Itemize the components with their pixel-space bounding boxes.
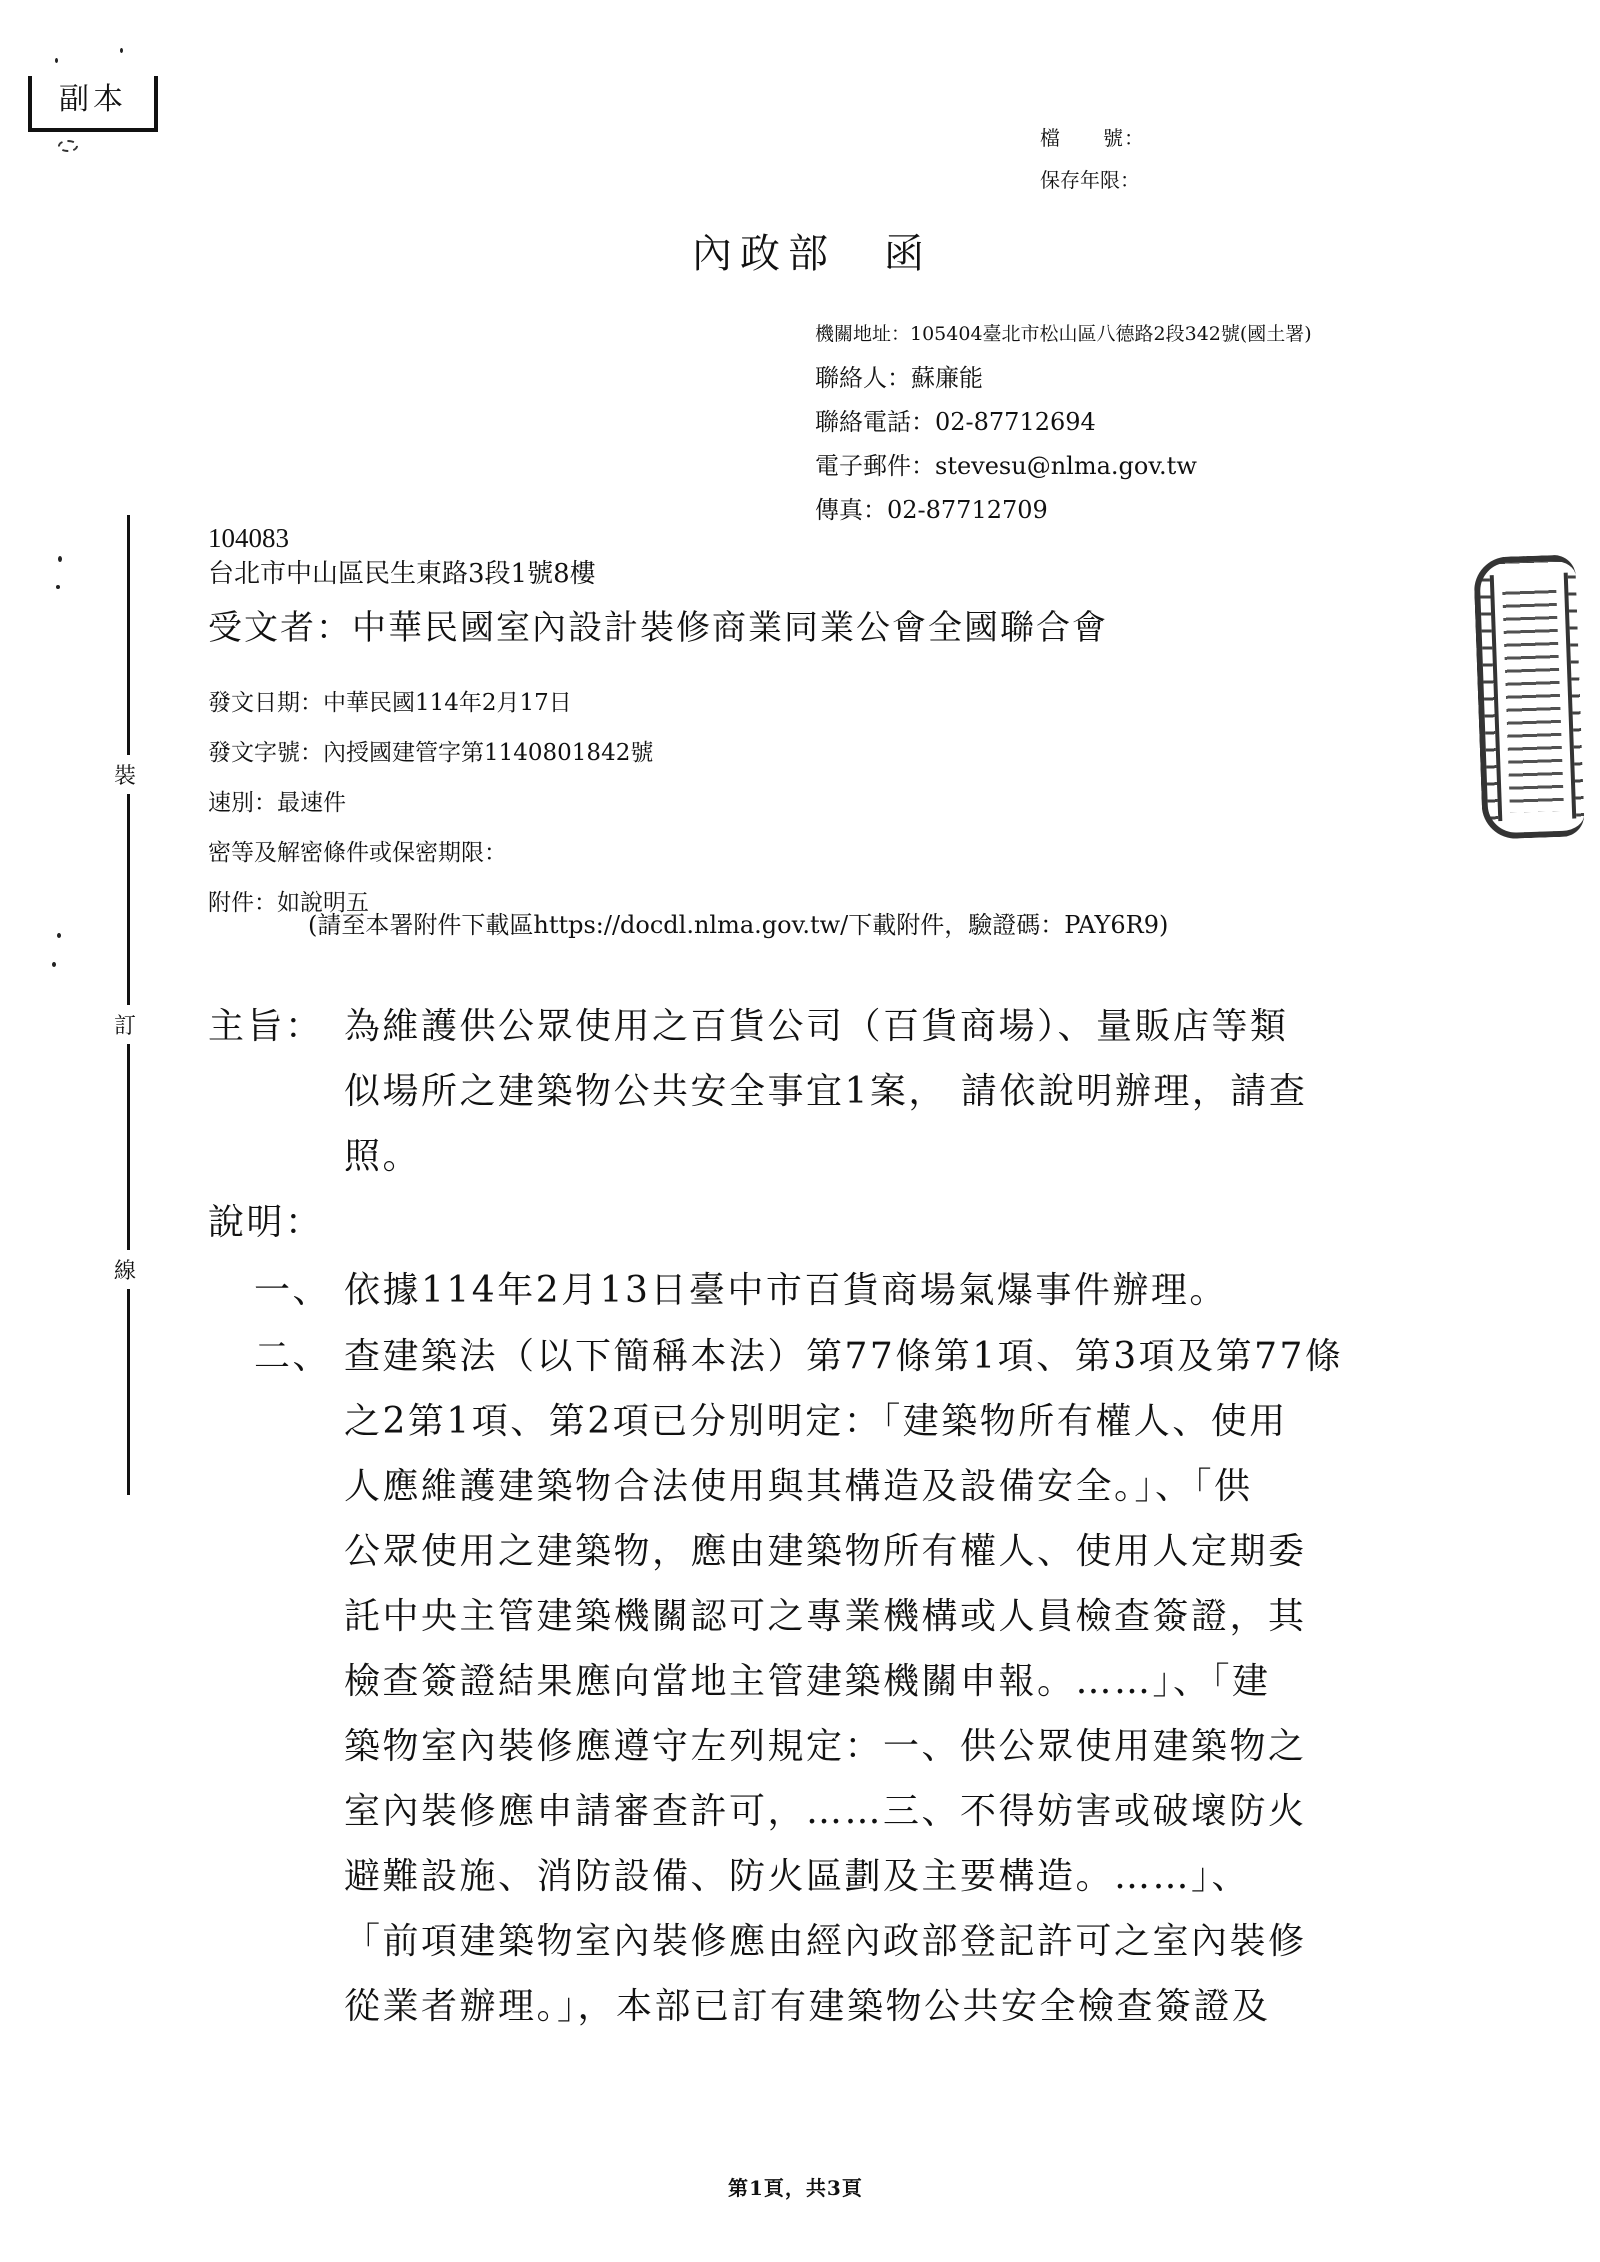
binding-mark: 裝 (114, 755, 136, 794)
urgency: 速別：最速件 (208, 778, 653, 828)
recipient-address: 台北市中山區民生東路3段1號8樓 (208, 556, 596, 592)
scan-speck (58, 140, 78, 152)
explanation-label: 說明： (208, 1194, 324, 1245)
file-number-label: 檔 號： (1040, 122, 1145, 151)
subject-line: 照。 (344, 1128, 421, 1179)
explanation-item-number: 一、 (254, 1262, 331, 1313)
explanation-item-number: 二、 (254, 1328, 331, 1379)
contact-fax: 傳真：02-87712709 (815, 488, 1312, 532)
scan-speck (58, 556, 62, 562)
recipient-zip: 104083 (208, 520, 596, 556)
binding-mark: 訂 (114, 1005, 136, 1044)
scan-speck (55, 58, 58, 63)
document-title: 內政部 函 (692, 222, 932, 279)
subject-label: 主旨： (208, 998, 324, 1049)
agency-contact-block: 機關地址：105404臺北市松山區八德路2段342號(國土署) 聯絡人：蘇廉能 … (815, 312, 1312, 532)
document-number: 發文字號：內授國建管字第1140801842號 (208, 728, 653, 778)
attachment-download-note: (請至本署附件下載區https://docdl.nlma.gov.tw/下載附件… (308, 905, 1168, 940)
explanation-item-line: 查建築法（以下簡稱本法）第77條第1項、第3項及第77條 (344, 1328, 1343, 1379)
explanation-item-line: 室內裝修應申請審查許可，……三、不得妨害或破壞防火 (344, 1783, 1307, 1834)
recipient-address-block: 104083 台北市中山區民生東路3段1號8樓 (208, 520, 596, 592)
seal-inner (1490, 573, 1577, 822)
issue-date: 發文日期：中華民國114年2月17日 (208, 678, 653, 728)
secrecy-level: 密等及解密條件或保密期限： (208, 828, 653, 878)
document-meta-block: 發文日期：中華民國114年2月17日 發文字號：內授國建管字第114080184… (208, 678, 653, 928)
recipient-name: 受文者：中華民國室內設計裝修商業同業公會全國聯合會 (208, 600, 1108, 649)
seal-pattern (1502, 581, 1564, 813)
explanation-item-line: 避難設施、消防設備、防火區劃及主要構造。……」、 (344, 1848, 1250, 1899)
scan-speck (120, 48, 123, 53)
retention-period-label: 保存年限： (1040, 164, 1140, 193)
explanation-item-line: 託中央主管建築機關認可之專業機構或人員檢查簽證，其 (344, 1588, 1307, 1639)
subject-line: 為維護供公眾使用之百貨公司（百貨商場）、量販店等類 (344, 998, 1289, 1049)
agency-address: 機關地址：105404臺北市松山區八德路2段342號(國土署) (815, 312, 1312, 356)
contact-person: 聯絡人：蘇廉能 (815, 356, 1312, 400)
explanation-item-line: 人應維護建築物合法使用與其構造及設備安全。」、「供 (344, 1458, 1253, 1509)
explanation-item-line: 之2第1項、第2項已分別明定：「建築物所有權人、使用 (344, 1393, 1288, 1444)
explanation-item-line: 依據114年2月13日臺中市百貨商場氣爆事件辦理。 (344, 1262, 1228, 1313)
contact-email: 電子郵件：stevesu@nlma.gov.tw (815, 444, 1312, 488)
explanation-item-line: 「前項建築物室內裝修應由經內政部登記許可之室內裝修 (344, 1913, 1307, 1964)
binding-mark: 線 (114, 1250, 136, 1289)
scan-speck (57, 933, 61, 938)
explanation-item-line: 從業者辦理。」，本部已訂有建築物公共安全檢查簽證及 (344, 1978, 1271, 2029)
explanation-item-line: 築物室內裝修應遵守左列規定：一、供公眾使用建築物之 (344, 1718, 1307, 1769)
copy-stamp: 副本 (28, 76, 158, 132)
page-number: 第1頁，共3頁 (728, 2172, 863, 2201)
official-seal-icon (1473, 554, 1585, 839)
contact-phone: 聯絡電話：02-87712694 (815, 400, 1312, 444)
explanation-item-line: 公眾使用之建築物，應由建築物所有權人、使用人定期委 (344, 1523, 1307, 1574)
scan-speck (52, 962, 56, 967)
scan-speck (56, 585, 60, 589)
subject-line: 似場所之建築物公共安全事宜1案， 請依說明辦理，請查 (344, 1063, 1307, 1114)
explanation-item-line: 檢查簽證結果應向當地主管建築機關申報。……」、「建 (344, 1653, 1271, 1704)
